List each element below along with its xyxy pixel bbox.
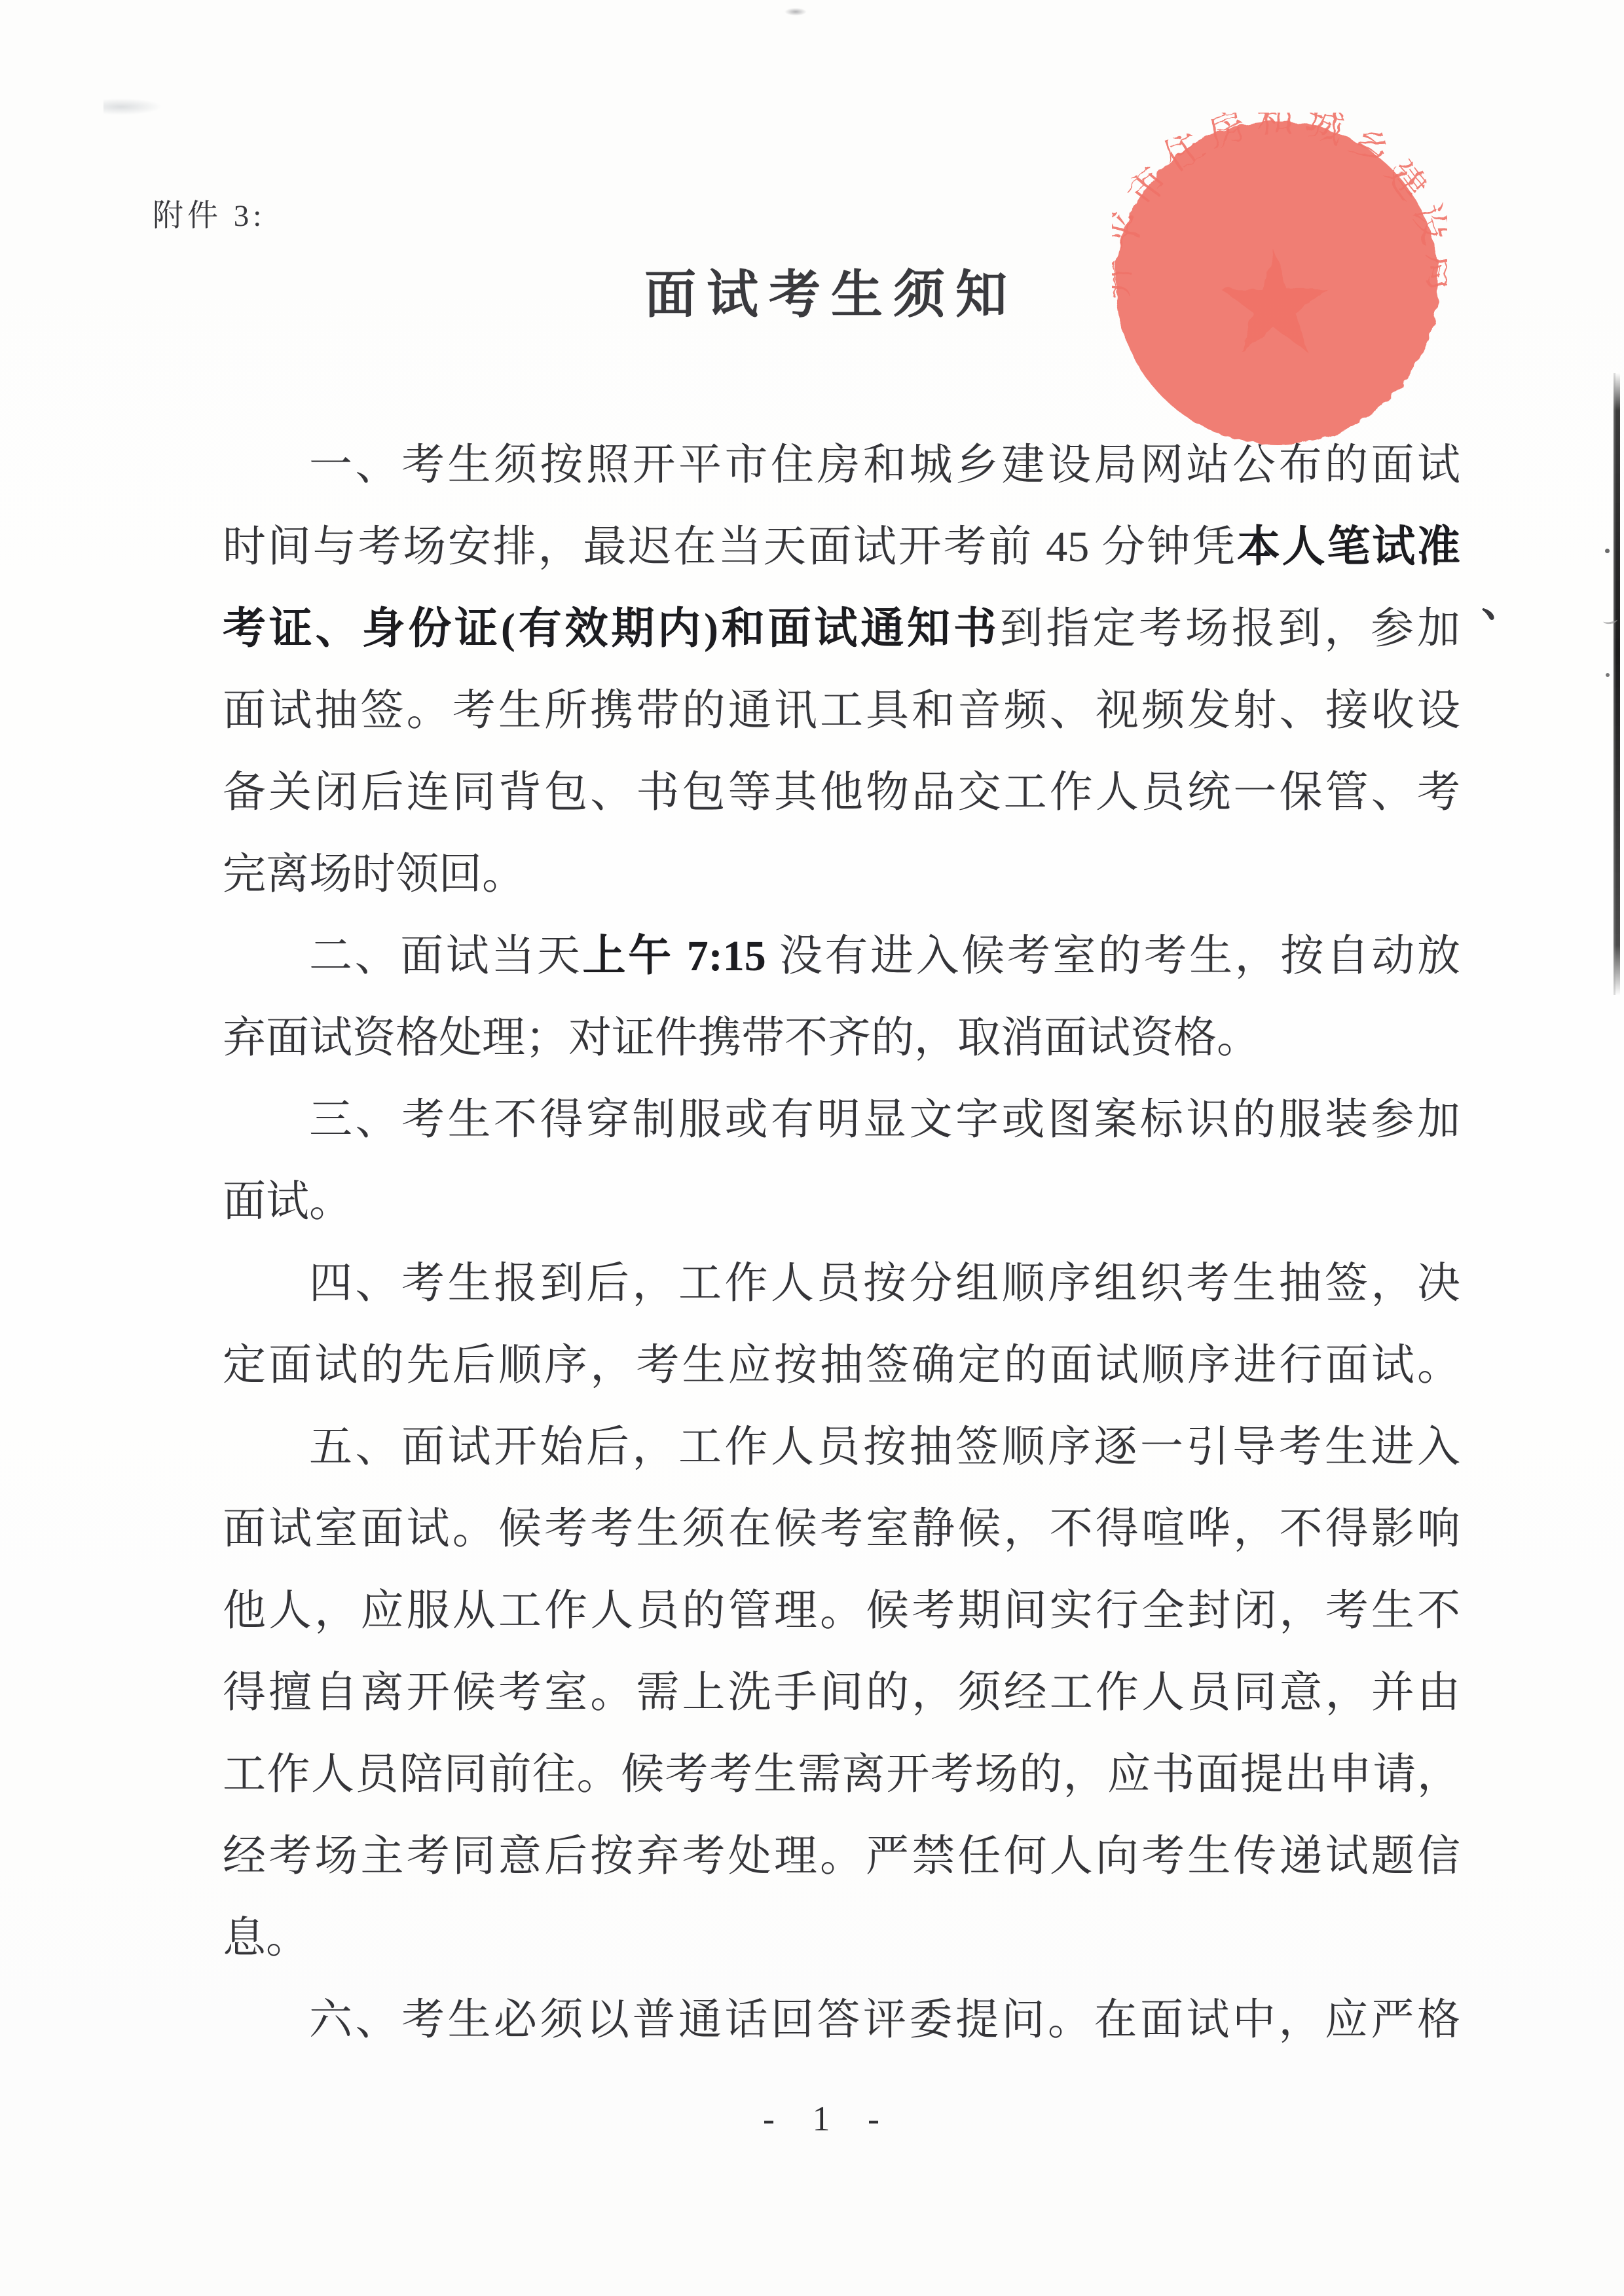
text-line: 得擅自离开候考室。需上洗手间的，须经工作人员同意，并由 [223,1652,1460,1734]
body-text: 一、考生须按照开平市住房和城乡建设局网站公布的面试时间与考场安排，最迟在当天面试… [223,424,1460,2061]
text-line: 三、考生不得穿制服或有明显文字或图案标识的服装参加 [223,1079,1460,1161]
text-line: 四、考生报到后，工作人员按分组顺序组织考生抽签，决 [223,1243,1460,1324]
bold-text-run: 考证、身份证(有效期内)和面试通知书 [223,605,1000,653]
text-run: 弃面试资格处理；对证件携带不齐的，取消面试资格。 [223,1014,1260,1062]
bold-text-run: 上午 7:15 [583,932,779,980]
text-line: 定面试的先后顺序，考生应按抽签确定的面试顺序进行面试。 [223,1324,1460,1406]
scan-smudge [103,98,162,115]
scan-smudge [784,8,807,16]
text-line: 面试室面试。候考考生须在候考室静候，不得喧哗，不得影响 [223,1488,1460,1570]
text-run: 时间与考场安排，最迟在当天面试开考前 45 分钟凭 [223,523,1237,571]
official-seal-stamp: 开平市住房和城乡建设局 [1112,113,1447,453]
text-line: 工作人员陪同前往。候考考生需离开考场的，应书面提出申请， [223,1734,1460,1815]
text-line: 考证、身份证(有效期内)和面试通知书到指定考场报到，参加 [223,588,1460,670]
text-line: 二、面试当天上午 7:15 没有进入候考室的考生，按自动放 [223,915,1460,997]
text-line: 备关闭后连同背包、书包等其他物品交工作人员统一保管、考 [223,752,1460,833]
text-run: 工作人员陪同前往。候考考生需离开考场的，应书面提出申请， [223,1751,1460,1798]
text-run: 到指定考场报到，参加 [1000,605,1460,653]
scanned-document-page: 附件 3: 面试考生须知 开平市住房和城乡建设局 一、考生须按照开平市住房和城乡… [0,0,1624,2296]
text-line: 面试。 [223,1161,1460,1243]
text-run: 面试抽签。考生所携带的通讯工具和音频、视频发射、接收设 [223,687,1460,735]
text-line: 时间与考场安排，最迟在当天面试开考前 45 分钟凭本人笔试准 [223,506,1460,588]
text-run: 六、考生必须以普通话回答评委提问。在面试中，应严格 [309,1996,1460,2044]
text-run: 定面试的先后顺序，考生应按抽签确定的面试顺序进行面试。 [223,1341,1460,1389]
text-line: 经考场主考同意后按弃考处理。严禁任何人向考生传递试题信 [223,1815,1460,1897]
text-run: 没有进入候考室的考生，按自动放 [779,932,1460,980]
text-run: 得擅自离开候考室。需上洗手间的，须经工作人员同意，并由 [223,1669,1460,1717]
page-number: - 1 - [733,2098,923,2139]
text-line: 五、面试开始后，工作人员按抽签顺序逐一引导考生进入 [223,1406,1460,1488]
attachment-label: 附件 3: [153,191,265,235]
bold-text-run: 本人笔试准 [1237,523,1460,571]
text-line: 六、考生必须以普通话回答评委提问。在面试中，应严格 [223,1979,1460,2061]
text-line: 息。 [223,1897,1460,1979]
text-run: 备关闭后连同背包、书包等其他物品交工作人员统一保管、考 [223,769,1460,816]
text-run: 他人，应服从工作人员的管理。候考期间实行全封闭，考生不 [223,1587,1460,1635]
scan-edge-artifact [1614,373,1620,995]
text-line: 弃面试资格处理；对证件携带不齐的，取消面试资格。 [223,997,1460,1079]
text-run: 五、面试开始后，工作人员按抽签顺序逐一引导考生进入 [309,1423,1460,1471]
text-line: 他人，应服从工作人员的管理。候考期间实行全封闭，考生不 [223,1570,1460,1652]
text-run: 一、考生须按照开平市住房和城乡建设局网站公布的面试 [309,441,1460,489]
scan-speck [1606,673,1610,677]
text-run: 面试室面试。候考考生须在候考室静候，不得喧哗，不得影响 [223,1505,1460,1553]
text-run: 完离场时领回。 [223,850,525,898]
text-line: 完离场时领回。 [223,833,1460,915]
text-run: 二、面试当天 [309,932,583,980]
text-line: 一、考生须按照开平市住房和城乡建设局网站公布的面试 [223,424,1460,506]
document-title: 面试考生须知 [644,253,1018,327]
text-line: 面试抽签。考生所携带的通讯工具和音频、视频发射、接收设 [223,670,1460,752]
text-run: 息。 [223,1914,309,1962]
text-run: 面试。 [223,1178,352,1226]
text-run: 四、考生报到后，工作人员按分组顺序组织考生抽签，决 [309,1260,1460,1307]
stray-comma-mark: 、 [1481,568,1523,629]
text-run: 三、考生不得穿制服或有明显文字或图案标识的服装参加 [309,1096,1460,1144]
scan-speck [1605,549,1610,553]
text-run: 经考场主考同意后按弃考处理。严禁任何人向考生传递试题信 [223,1832,1460,1880]
